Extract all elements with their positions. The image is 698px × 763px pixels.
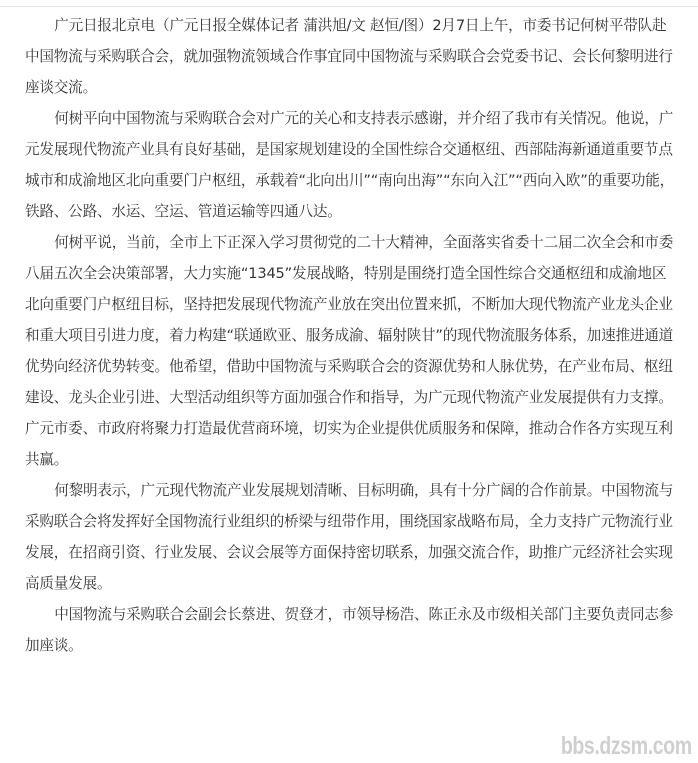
article-paragraph: 何树平向中国物流与采购联合会对广元的关心和支持表示感谢，并介绍了我市有关情况。他… (25, 103, 675, 227)
article-paragraph-lead: 广元日报北京电（广元日报全媒体记者 蒲洪旭/文 赵恒/图）2月7日上午，市委书记… (25, 10, 675, 103)
site-watermark: bbs.dzsm.com (561, 732, 692, 761)
top-divider (0, 6, 698, 7)
article-body: 广元日报北京电（广元日报全媒体记者 蒲洪旭/文 赵恒/图）2月7日上午，市委书记… (25, 10, 675, 661)
article-paragraph: 何树平说，当前，全市上下正深入学习贯彻党的二十大精神，全面落实省委十二届二次全会… (25, 227, 675, 475)
article-paragraph: 何黎明表示，广元现代物流产业发展规划清晰、目标明确，具有十分广阔的合作前景。中国… (25, 475, 675, 599)
article-paragraph-closing: 中国物流与采购联合会副会长蔡进、贺登才，市领导杨浩、陈正永及市级相关部门主要负责… (25, 599, 675, 661)
